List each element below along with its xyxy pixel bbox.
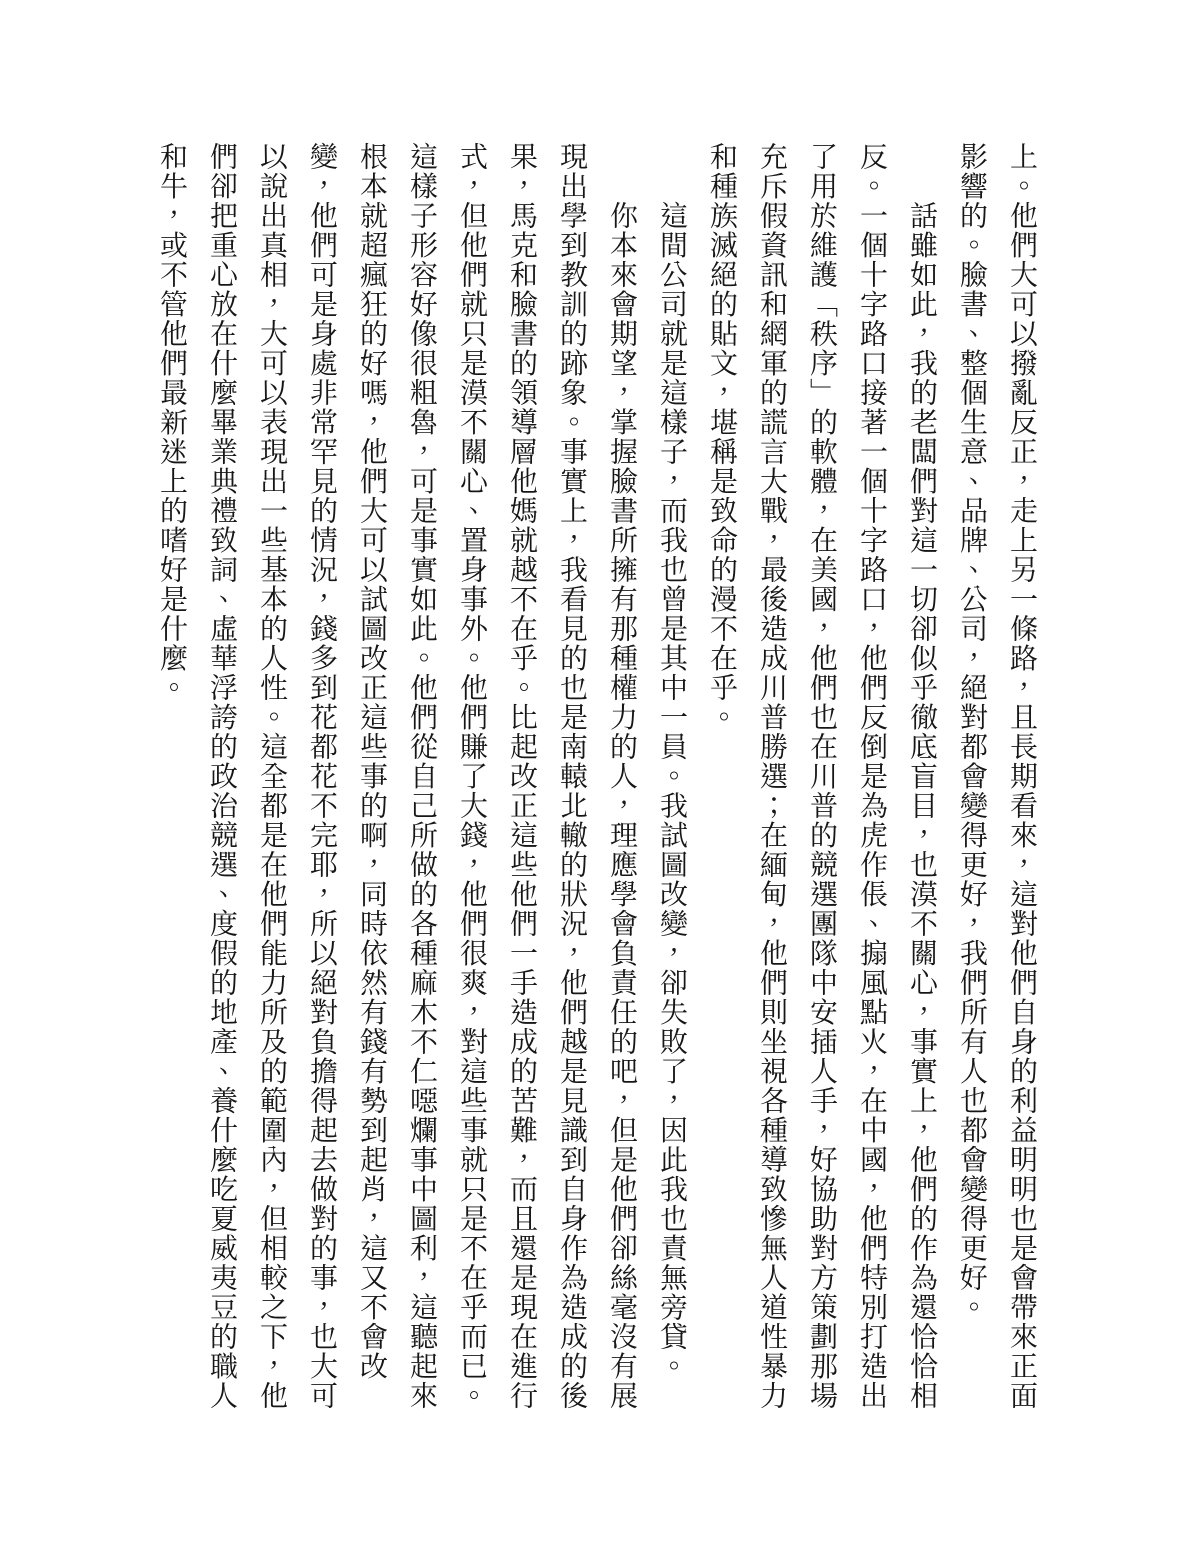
paragraph-2: 話雖如此，我的老闆們對這一切卻似乎徹底盲目，也漠不關心，事實上，他們的作為還恰恰… [697, 142, 947, 1416]
paragraph-4: 你本來會期望，掌握臉書所擁有那種權力的人，理應學會負責任的吧，但是他們卻絲毫沒有… [147, 142, 647, 1416]
book-page: 上。他們大可以撥亂反正，走上另一條路，且長期看來，這對他們自身的利益明明也是會帶… [0, 0, 1200, 1554]
paragraph-3: 這間公司就是這樣子，而我也曾是其中一員。我試圖改變，卻失敗了，因此我也責無旁貸。 [647, 142, 697, 1416]
vertical-text-block: 上。他們大可以撥亂反正，走上另一條路，且長期看來，這對他們自身的利益明明也是會帶… [145, 142, 1047, 1416]
paragraph-continuation: 上。他們大可以撥亂反正，走上另一條路，且長期看來，這對他們自身的利益明明也是會帶… [947, 142, 1047, 1416]
